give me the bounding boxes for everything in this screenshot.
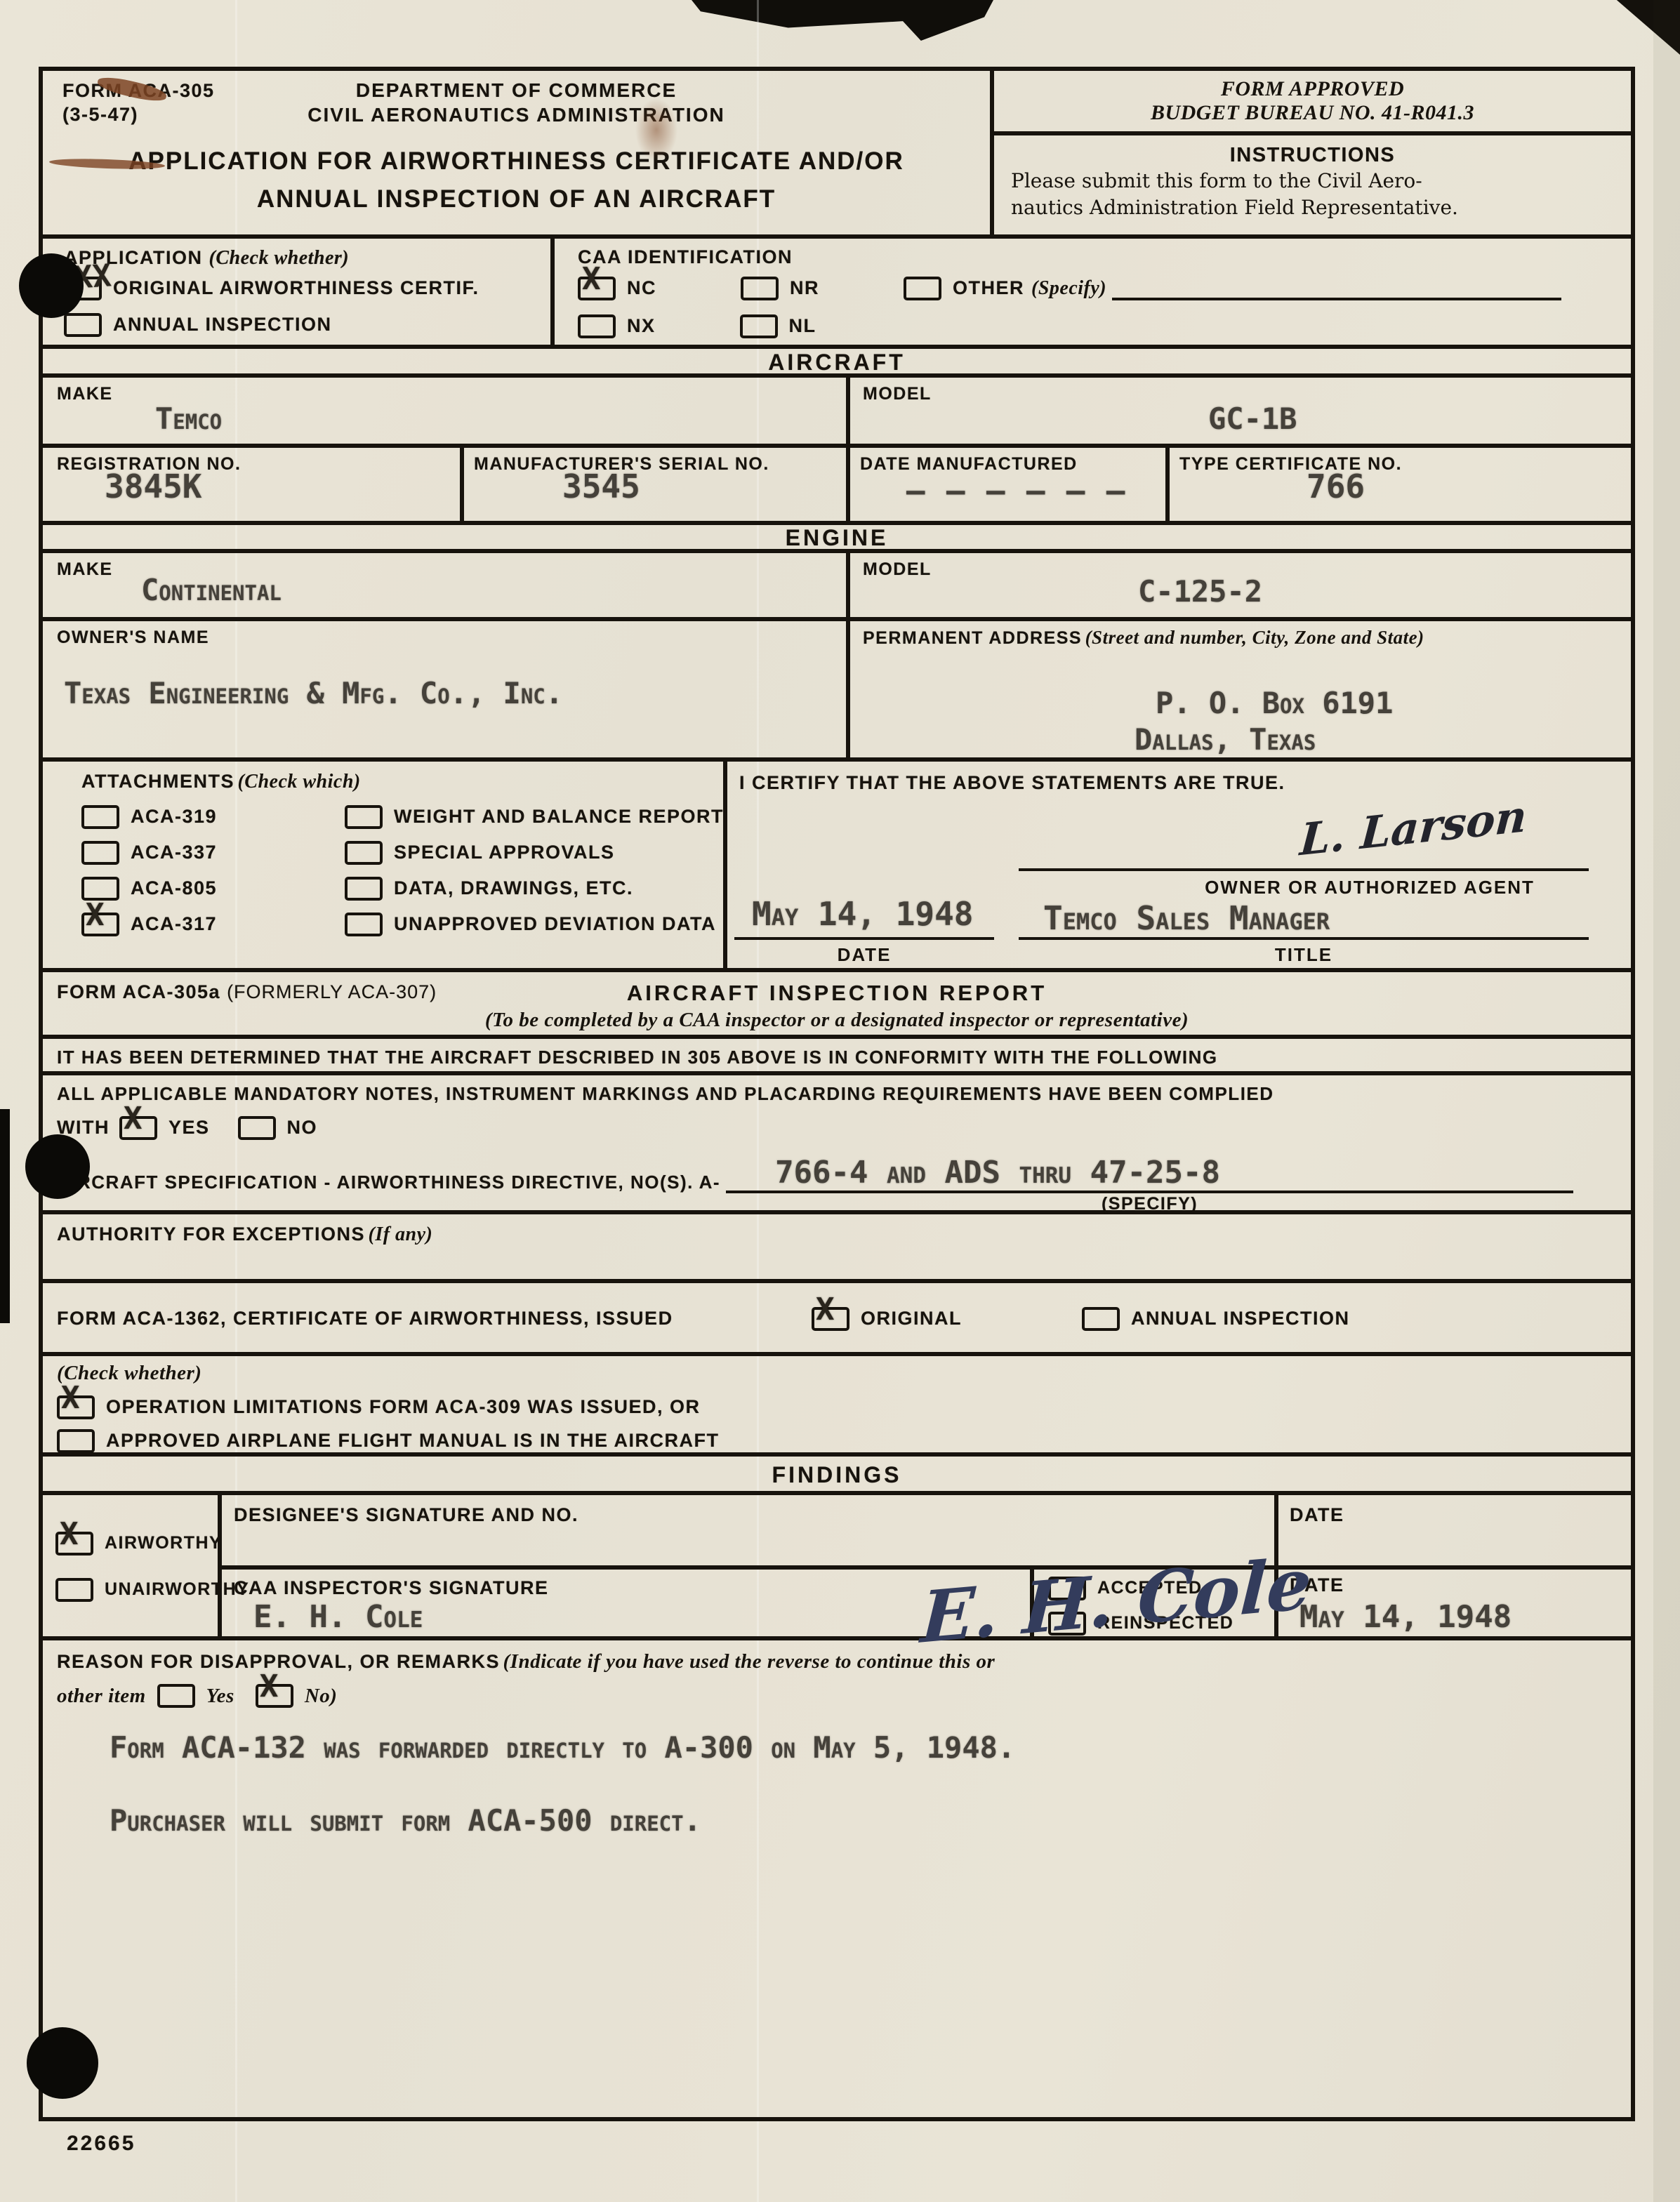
owner-signature-line[interactable] <box>1019 868 1589 871</box>
certify-date-line[interactable] <box>734 937 994 940</box>
checkbox-unapproved-deviation[interactable] <box>345 913 383 936</box>
other-label: OTHER <box>953 277 1024 300</box>
attachment-code: ACA-319 <box>131 805 217 829</box>
checkbox-data-drawings[interactable] <box>345 877 383 901</box>
owner-name-value: Texas Engineering & Mfg. Co., Inc. <box>64 676 563 710</box>
checkbox-weight-balance[interactable] <box>345 805 383 829</box>
address-note: (Street and number, City, Zone and State… <box>1085 627 1424 648</box>
nr-label: NR <box>790 277 819 300</box>
determination-region: IT HAS BEEN DETERMINED THAT THE AIRCRAFT… <box>43 1039 1631 1075</box>
nx-label: NX <box>627 314 656 338</box>
aircraft-model-value: GC-1B <box>1208 402 1297 436</box>
checkbox-complied-no[interactable] <box>238 1116 276 1140</box>
spec-directive-value: 766-4 and ADS thru 47-25-8 <box>775 1155 1220 1190</box>
cell-divider <box>846 448 850 521</box>
form-approved-line1: FORM APPROVED <box>994 77 1631 101</box>
certify-date-caption: DATE <box>734 944 994 966</box>
header-right-column: FORM APPROVED BUDGET BUREAU NO. 41-R041.… <box>990 71 1631 234</box>
checkbox-complied-yes[interactable] <box>119 1116 157 1140</box>
checkbox-airworthy[interactable] <box>55 1532 93 1556</box>
cell-divider <box>460 448 464 521</box>
attachment-label: UNAPPROVED DEVIATION DATA <box>394 913 716 936</box>
attachment-code: ACA-337 <box>131 841 217 865</box>
attachment-row: ACA-317 <box>81 913 217 936</box>
checkbox-nr[interactable] <box>741 277 779 300</box>
checkbox-nx[interactable] <box>578 314 616 338</box>
inspector-signature-label: CAA INSPECTOR'S SIGNATURE <box>234 1577 548 1600</box>
instructions-line2: nautics Administration Field Representat… <box>1011 194 1614 221</box>
engine-make-label: MAKE <box>57 559 113 581</box>
cell-divider <box>1165 448 1170 521</box>
hole-punch <box>27 2027 98 2099</box>
cell-divider <box>846 378 850 444</box>
authority-region: AUTHORITY FOR EXCEPTIONS (If any) <box>43 1214 1631 1283</box>
checkbox-nl[interactable] <box>740 314 778 338</box>
designee-signature-label: DESIGNEE'S SIGNATURE AND NO. <box>234 1504 578 1527</box>
spec-directive-row: AIRCRAFT SPECIFICATION - AIRWORTHINESS D… <box>57 1158 1601 1193</box>
attachment-label: DATA, DRAWINGS, ETC. <box>394 877 633 901</box>
date-manufactured-value: – – – – – – <box>906 473 1126 509</box>
form-border-box: FORM ACA-305 (3-5-47) DEPARTMENT OF COMM… <box>39 67 1635 2121</box>
compliance-yes-no: WITH YES NO <box>57 1116 317 1140</box>
option-label: ANNUAL INSPECTION <box>113 313 332 337</box>
findings-section-title: FINDINGS <box>43 1457 1631 1495</box>
cell-divider <box>846 621 850 757</box>
other-specify-note: (Specify) <box>1031 277 1106 300</box>
checkbox-reverse-yes[interactable] <box>157 1684 195 1708</box>
flight-manual-option: APPROVED AIRPLANE FLIGHT MANUAL IS IN TH… <box>57 1429 720 1453</box>
aircraft-make-value: Temco <box>155 402 222 436</box>
paper-tear-mark <box>692 0 993 41</box>
authority-label: AUTHORITY FOR EXCEPTIONS (If any) <box>57 1223 432 1247</box>
caa-row1: NC NR OTHER (Specify) <box>578 277 1561 300</box>
agency-name: DEPARTMENT OF COMMERCE CIVIL AERONAUTICS… <box>43 78 990 127</box>
type-certificate-value: 766 <box>1307 467 1365 505</box>
hole-punch <box>19 253 84 318</box>
airworthy-label: AIRWORTHY <box>105 1532 222 1554</box>
option-original-certif: ORIGINAL AIRWORTHINESS CERTIF. <box>64 277 479 300</box>
attachment-row: ACA-337 <box>81 841 217 865</box>
original-label: ORIGINAL <box>861 1307 962 1331</box>
engine-section-title: ENGINE <box>43 525 1631 553</box>
address-line1: P. O. Box 6191 <box>1156 686 1393 720</box>
edge-shading <box>1653 0 1680 2202</box>
checkbox-flight-manual[interactable] <box>57 1429 95 1453</box>
inspector-typed-name: E. H. Cole <box>253 1599 423 1635</box>
other-specify-line[interactable] <box>1112 277 1561 300</box>
instructions-box: INSTRUCTIONS Please submit this form to … <box>994 135 1631 221</box>
instructions-title: INSTRUCTIONS <box>1011 142 1614 168</box>
row-divider <box>218 1565 1631 1570</box>
type-certificate-label: TYPE CERTIFICATE NO. <box>1179 453 1402 475</box>
op1-label: OPERATION LIMITATIONS FORM ACA-309 WAS I… <box>106 1395 701 1419</box>
remarks-line2: Purchaser will submit form ACA-500 direc… <box>110 1803 701 1838</box>
attachment-code: ACA-805 <box>131 877 217 901</box>
header-region: FORM ACA-305 (3-5-47) DEPARTMENT OF COMM… <box>43 71 1631 239</box>
spec-directive-label: AIRCRAFT SPECIFICATION - AIRWORTHINESS D… <box>57 1171 720 1194</box>
dept-line1: DEPARTMENT OF COMMERCE <box>43 78 990 102</box>
checkbox-annual-inspection[interactable] <box>64 313 102 337</box>
nl-label: NL <box>789 314 816 338</box>
unairworthy-option: UNAIRWORTHY <box>55 1578 249 1602</box>
attachment-row: SPECIAL APPROVALS <box>345 841 615 865</box>
checkbox-issued-original[interactable] <box>812 1307 849 1331</box>
address-label: PERMANENT ADDRESS (Street and number, Ci… <box>863 627 1614 649</box>
certify-statement: I CERTIFY THAT THE ABOVE STATEMENTS ARE … <box>739 771 1285 795</box>
compliance-region: ALL APPLICABLE MANDATORY NOTES, INSTRUME… <box>43 1075 1631 1214</box>
registration-value: 3845K <box>105 467 201 505</box>
aca1362-annual-option: ANNUAL INSPECTION <box>1082 1307 1350 1331</box>
aca1362-label: FORM ACA-1362, CERTIFICATE OF AIRWORTHIN… <box>57 1307 673 1331</box>
designee-date-label: DATE <box>1290 1504 1344 1527</box>
page-serial-number: 22665 <box>67 2130 135 2157</box>
certify-title-value: Temco Sales Manager <box>1043 899 1330 937</box>
instructions-line1: Please submit this form to the Civil Aer… <box>1011 168 1614 194</box>
cell-divider <box>723 762 727 968</box>
engine-make-model-region: MAKE Continental MODEL C-125-2 <box>43 553 1631 621</box>
yes-label: YES <box>168 1116 210 1140</box>
scan-edge-strip <box>0 1109 10 1323</box>
cell-divider <box>846 553 850 617</box>
checkbox-aca-319[interactable] <box>81 805 119 829</box>
inspector-date-value: May 14, 1948 <box>1299 1599 1512 1635</box>
annual-label: ANNUAL INSPECTION <box>1131 1307 1350 1331</box>
engine-make-value: Continental <box>141 573 282 607</box>
option-annual-inspection: ANNUAL INSPECTION <box>64 313 332 337</box>
op2-label: APPROVED AIRPLANE FLIGHT MANUAL IS IN TH… <box>106 1429 720 1453</box>
page-title: APPLICATION FOR AIRWORTHINESS CERTIFICAT… <box>43 142 990 219</box>
owner-signature-caption: OWNER OR AUTHORIZED AGENT <box>1138 877 1601 898</box>
certify-date-value: May 14, 1948 <box>752 895 973 933</box>
attachments-label: ATTACHMENTS (Check which) <box>81 770 361 794</box>
aca1362-region: FORM ACA-1362, CERTIFICATE OF AIRWORTHIN… <box>43 1283 1631 1356</box>
aircraft-section-title: AIRCRAFT <box>43 349 1631 378</box>
engine-model-label: MODEL <box>863 559 932 581</box>
attachment-label: SPECIAL APPROVALS <box>394 841 615 865</box>
scanned-form-page: FORM ACA-305 (3-5-47) DEPARTMENT OF COMM… <box>0 0 1680 2202</box>
page-title-line2: ANNUAL INSPECTION OF AN AIRCRAFT <box>43 180 990 218</box>
checkbox-special-approvals[interactable] <box>345 841 383 865</box>
attachment-code: ACA-317 <box>131 913 217 936</box>
attachment-row: UNAPPROVED DEVIATION DATA <box>345 913 716 936</box>
aca1362-original-option: ORIGINAL <box>812 1307 962 1331</box>
checkbox-unairworthy[interactable] <box>55 1578 93 1602</box>
certify-title-caption: TITLE <box>1019 944 1589 966</box>
ink-stain <box>635 98 677 161</box>
hole-punch <box>25 1134 90 1199</box>
remarks-line1: Form ACA-132 was forwarded directly to A… <box>110 1730 1015 1765</box>
checkbox-reverse-no[interactable] <box>256 1684 293 1708</box>
engine-model-value: C-125-2 <box>1138 574 1262 609</box>
attachment-row: DATA, DRAWINGS, ETC. <box>345 877 633 901</box>
nc-label: NC <box>627 277 656 300</box>
attachment-row: WEIGHT AND BALANCE REPORT <box>345 805 724 829</box>
attachments-certify-region: ATTACHMENTS (Check which) ACA-319 ACA-33… <box>43 762 1631 972</box>
caa-row2: NX NL <box>578 314 816 338</box>
no-label: NO <box>287 1116 318 1140</box>
remarks-label-line1: REASON FOR DISAPPROVAL, OR REMARKS (Indi… <box>57 1650 995 1674</box>
application-note: (Check whether) <box>209 247 350 269</box>
option-label: ORIGINAL AIRWORTHINESS CERTIF. <box>113 277 479 300</box>
checkbox-nc[interactable] <box>578 277 616 300</box>
checkbox-aca-337[interactable] <box>81 841 119 865</box>
inspection-report-heading: FORM ACA-305a (FORMERLY ACA-307) AIRCRAF… <box>43 972 1631 1039</box>
report-subtitle: (To be completed by a CAA inspector or a… <box>43 1009 1631 1032</box>
checkbox-operation-limitations[interactable] <box>57 1395 95 1419</box>
check-whether-region: (Check whether) OPERATION LIMITATIONS FO… <box>43 1356 1631 1457</box>
caa-identification-label: CAA IDENTIFICATION <box>578 246 793 270</box>
determination-text: IT HAS BEEN DETERMINED THAT THE AIRCRAFT… <box>57 1046 1218 1069</box>
owner-region: OWNER'S NAME Texas Engineering & Mfg. Co… <box>43 621 1631 762</box>
address-line2: Dallas, Texas <box>1135 722 1316 757</box>
checkbox-other[interactable] <box>904 277 941 300</box>
dept-line2: CIVIL AERONAUTICS ADMINISTRATION <box>43 102 990 127</box>
airworthy-option: AIRWORTHY <box>55 1532 222 1556</box>
checkbox-aca-317[interactable] <box>81 913 119 936</box>
findings-table: AIRWORTHY UNAIRWORTHY DESIGNEE'S SIGNATU… <box>43 1495 1631 1640</box>
checkbox-issued-annual[interactable] <box>1082 1307 1120 1331</box>
operation-limitations-option: OPERATION LIMITATIONS FORM ACA-309 WAS I… <box>57 1395 701 1419</box>
unairworthy-label: UNAIRWORTHY <box>105 1579 249 1600</box>
aircraft-make-model-region: MAKE Temco MODEL GC-1B <box>43 378 1631 448</box>
owner-name-label: OWNER'S NAME <box>57 627 209 649</box>
remarks-region: REASON FOR DISAPPROVAL, OR REMARKS (Indi… <box>43 1640 1631 2117</box>
attachment-label: WEIGHT AND BALANCE REPORT <box>394 805 724 829</box>
form-approved-box: FORM APPROVED BUDGET BUREAU NO. 41-R041.… <box>994 71 1631 135</box>
certify-title-line[interactable] <box>1019 937 1589 940</box>
date-manufactured-label: DATE MANUFACTURED <box>860 453 1078 475</box>
reverse-no-label: No) <box>305 1685 338 1708</box>
aircraft-make-label: MAKE <box>57 383 113 405</box>
attachment-row: ACA-319 <box>81 805 217 829</box>
cell-divider <box>550 239 555 345</box>
compliance-text: ALL APPLICABLE MANDATORY NOTES, INSTRUME… <box>57 1082 1274 1106</box>
aircraft-model-label: MODEL <box>863 383 932 405</box>
page-title-line1: APPLICATION FOR AIRWORTHINESS CERTIFICAT… <box>43 142 990 180</box>
attachments-note: (Check which) <box>237 771 360 792</box>
remarks-label-line2: other item Yes No) <box>57 1684 337 1708</box>
remarks-note2: other item <box>57 1685 146 1708</box>
spec-directive-fill[interactable]: 766-4 and ADS thru 47-25-8 (SPECIFY) <box>726 1158 1573 1193</box>
application-caa-region: APPLICATION (Check whether) ORIGINAL AIR… <box>43 239 1631 349</box>
reverse-yes-label: Yes <box>206 1685 234 1708</box>
owner-signature: L. Larson <box>1298 790 1528 866</box>
aircraft-registration-region: REGISTRATION NO. 3845K MANUFACTURER'S SE… <box>43 448 1631 525</box>
report-title: AIRCRAFT INSPECTION REPORT <box>43 982 1631 1004</box>
serial-value: 3545 <box>562 467 640 505</box>
authority-note: (If any) <box>369 1223 433 1245</box>
form-approved-line2: BUDGET BUREAU NO. 41-R041.3 <box>994 101 1631 125</box>
specify-note: (SPECIFY) <box>726 1193 1573 1215</box>
